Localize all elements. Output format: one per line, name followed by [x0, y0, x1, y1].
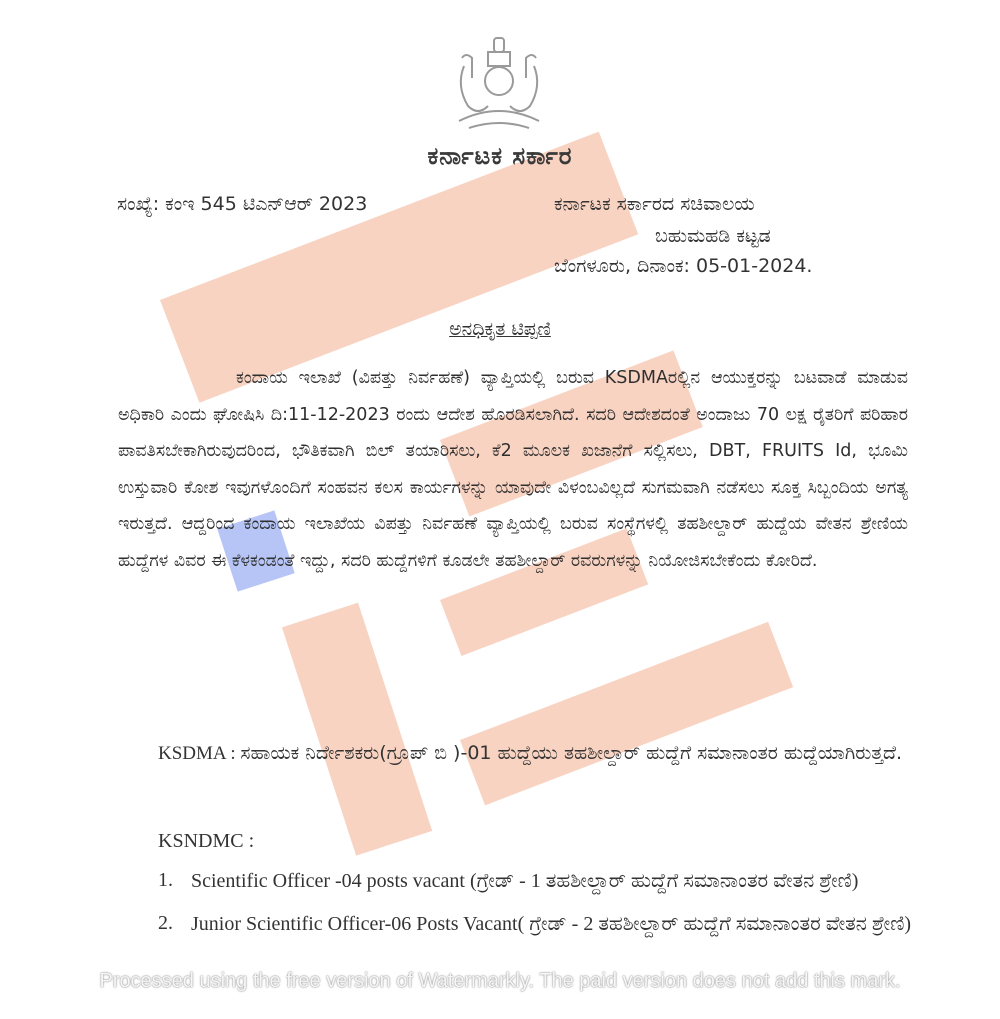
watermark-notice: Processed using the free version of Wate…	[0, 970, 1000, 993]
list-item-text: Junior Scientific Officer-06 Posts Vacan…	[191, 913, 911, 935]
list-item: 1. Scientific Officer -04 posts vacant (…	[158, 862, 918, 899]
state-emblem-icon	[444, 36, 554, 136]
reference-number: ಸಂಖ್ಯೆ: ಕಂಇ 545 ಟಿಎನ್‌ಆರ್ 2023	[117, 193, 367, 215]
note-heading: ಅನಧಿಕೃತ ಟಿಪ್ಪಣಿ	[0, 318, 1000, 340]
document-page: ಕರ್ನಾಟಕ ಸರ್ಕಾರ ಸಂಖ್ಯೆ: ಕಂಇ 545 ಟಿಎನ್‌ಆರ್…	[0, 0, 1000, 1019]
ksdma-section: KSDMA : ಸಹಾಯಕ ನಿರ್ದೇಶಕರು(ಗ್ರೂಪ್ ಬಿ )-01 …	[158, 733, 918, 774]
list-item-number: 2.	[158, 905, 173, 941]
list-item-number: 1.	[158, 862, 173, 898]
list-item: 2. Junior Scientific Officer-06 Posts Va…	[158, 905, 918, 942]
list-item-text: Scientific Officer -04 posts vacant (ಗ್ರ…	[191, 870, 858, 892]
address-line-place-date: ಬೆಂಗಳೂರು, ದಿನಾಂಕ: 05-01-2024.	[554, 255, 812, 277]
ksdma-text: ಸಹಾಯಕ ನಿರ್ದೇಶಕರು(ಗ್ರೂಪ್ ಬಿ )-01 ಹುದ್ದೆಯು…	[240, 742, 902, 764]
body-paragraph-text: ಕಂದಾಯ ಇಲಾಖೆ (ವಿಪತ್ತು ನಿರ್ವಹಣೆ) ವ್ಯಾಪ್ತಿಯ…	[118, 368, 908, 571]
ksdma-label: KSDMA	[158, 743, 226, 764]
ksndmc-label: KSNDMC :	[158, 830, 254, 853]
government-title: ಕರ್ನಾಟಕ ಸರ್ಕಾರ	[0, 142, 1000, 170]
body-paragraph: ಕಂದಾಯ ಇಲಾಖೆ (ವಿಪತ್ತು ನಿರ್ವಹಣೆ) ವ್ಯಾಪ್ತಿಯ…	[118, 360, 908, 579]
address-line-building: ಬಹುಮಹಡಿ ಕಟ್ಟಡ	[655, 225, 771, 247]
ksndmc-post-list: 1. Scientific Officer -04 posts vacant (…	[158, 862, 918, 942]
address-line-secretariat: ಕರ್ನಾಟಕ ಸರ್ಕಾರದ ಸಚಿವಾಲಯ	[554, 193, 755, 215]
